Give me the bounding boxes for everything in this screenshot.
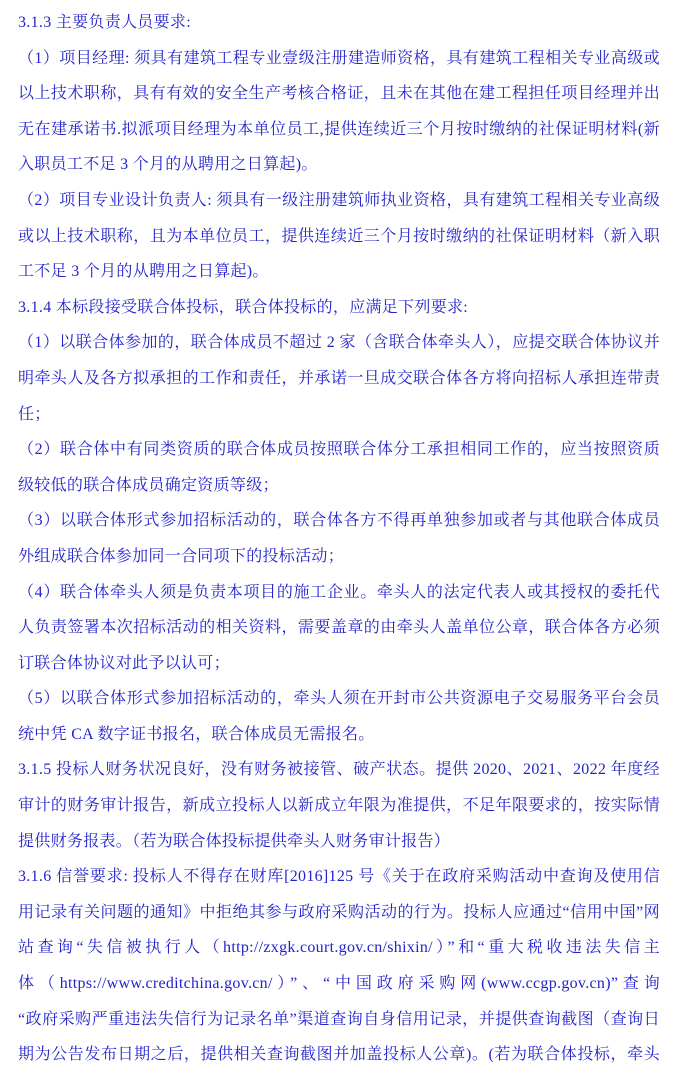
text-line: 级较低的联合体成员确定资质等级； [18, 468, 660, 504]
section-heading-3-1-3: 3.1.3 主要负责人员要求: [18, 5, 660, 41]
text-line: “政府采购严重违法失信行为记录名单”渠道查询自身信用记录，并提供查询截图（查询日 [18, 1002, 660, 1038]
text-line: 提供财务报表。（若为联合体投标提供牵头人财务审计报告） [18, 824, 660, 860]
text-line: 3.1.6 信誉要求: 投标人不得存在财库[2016]125 号《关于在政府采购… [18, 859, 660, 895]
clause-3-1-6-credit-requirement: 3.1.6 信誉要求: 投标人不得存在财库[2016]125 号《关于在政府采购… [18, 859, 660, 1073]
clause-3-1-4-5-ca-registration: （5）以联合体形式参加招标活动的，牵头人须在开封市公共资源电子交易服务平台会员系… [18, 681, 660, 752]
clause-3-1-3-1-project-manager: （1）项目经理: 须具有建筑工程专业壹级注册建造师资格，具有建筑工程相关专业高级… [18, 41, 660, 183]
document-page: 3.1.3 主要负责人员要求: （1）项目经理: 须具有建筑工程专业壹级注册建造… [0, 0, 680, 1092]
text-line: 任； [18, 397, 660, 433]
text-line: 3.1.4 本标段接受联合体投标，联合体投标的，应满足下列要求: [18, 290, 660, 326]
text-line: （5）以联合体形式参加招标活动的，牵头人须在开封市公共资源电子交易服务平台会员系 [18, 681, 660, 717]
text-line: 明牵头人及各方拟承担的工作和责任，并承诺一旦成交联合体各方将向招标人承担连带责 [18, 361, 660, 397]
text-line: （1）以联合体参加的，联合体成员不超过 2 家（含联合体牵头人），应提交联合体协… [18, 325, 660, 361]
text-line: 无在建承诺书.拟派项目经理为本单位员工,提供连续近三个月按时缴纳的社保证明材料(… [18, 112, 660, 148]
text-line: （3）以联合体形式参加招标活动的，联合体各方不得再单独参加或者与其他联合体成员另 [18, 503, 660, 539]
clause-3-1-4-1-consortium-members: （1）以联合体参加的，联合体成员不超过 2 家（含联合体牵头人），应提交联合体协… [18, 325, 660, 432]
text-line: 期为公告发布日期之后，提供相关查询截图并加盖投标人公章)。(若为联合体投标，牵头… [18, 1037, 660, 1073]
clause-3-1-4-4-lead-firm: （4）联合体牵头人须是负责本项目的施工企业。牵头人的法定代表人或其授权的委托代理… [18, 575, 660, 682]
text-line: （4）联合体牵头人须是负责本项目的施工企业。牵头人的法定代表人或其授权的委托代理 [18, 575, 660, 611]
text-line: （2）联合体中有同类资质的联合体成员按照联合体分工承担相同工作的，应当按照资质等 [18, 432, 660, 468]
text-line: 体（https://www.creditchina.gov.cn/）”、“中国政… [18, 966, 660, 1002]
text-line: 或以上技术职称，且为本单位员工，提供连续近三个月按时缴纳的社保证明材料（新入职员 [18, 219, 660, 255]
text-line: 3.1.5 投标人财务状况良好，没有财务被接管、破产状态。提供 2020、202… [18, 752, 660, 788]
text-line: （1）项目经理: 须具有建筑工程专业壹级注册建造师资格，具有建筑工程相关专业高级… [18, 41, 660, 77]
text-line: 3.1.3 主要负责人员要求: [18, 5, 660, 41]
text-line: 以上技术职称，具有有效的安全生产考核合格证，且未在其他在建工程担任项目经理并出具 [18, 76, 660, 112]
text-line: 外组成联合体参加同一合同项下的投标活动； [18, 539, 660, 575]
text-line: 入职员工不足 3 个月的从聘用之日算起)。 [18, 147, 660, 183]
text-line: 订联合体协议对此予以认可； [18, 646, 660, 682]
text-line: 统中凭 CA 数字证书报名，联合体成员无需报名。 [18, 717, 660, 753]
clause-3-1-5-financial-status: 3.1.5 投标人财务状况良好，没有财务被接管、破产状态。提供 2020、202… [18, 752, 660, 859]
text-line: 审计的财务审计报告，新成立投标人以新成立年限为准提供，不足年限要求的，按实际情况 [18, 788, 660, 824]
section-heading-3-1-4: 3.1.4 本标段接受联合体投标，联合体投标的，应满足下列要求: [18, 290, 660, 326]
text-line: 人负责签署本次招标活动的相关资料，需要盖章的由牵头人盖单位公章，联合体各方必须签 [18, 610, 660, 646]
clause-3-1-3-2-design-lead: （2）项目专业设计负责人: 须具有一级注册建筑师执业资格，具有建筑工程相关专业高… [18, 183, 660, 290]
text-line: 站查询“失信被执行人（http://zxgk.court.gov.cn/shix… [18, 930, 660, 966]
text-line: 用记录有关问题的通知》中拒绝其参与政府采购活动的行为。投标人应通过“信用中国”网 [18, 895, 660, 931]
text-line: 工不足 3 个月的从聘用之日算起)。 [18, 254, 660, 290]
clause-3-1-4-3-no-separate-bid: （3）以联合体形式参加招标活动的，联合体各方不得再单独参加或者与其他联合体成员另… [18, 503, 660, 574]
clause-3-1-4-2-qualification-grade: （2）联合体中有同类资质的联合体成员按照联合体分工承担相同工作的，应当按照资质等… [18, 432, 660, 503]
text-line: （2）项目专业设计负责人: 须具有一级注册建筑师执业资格，具有建筑工程相关专业高… [18, 183, 660, 219]
